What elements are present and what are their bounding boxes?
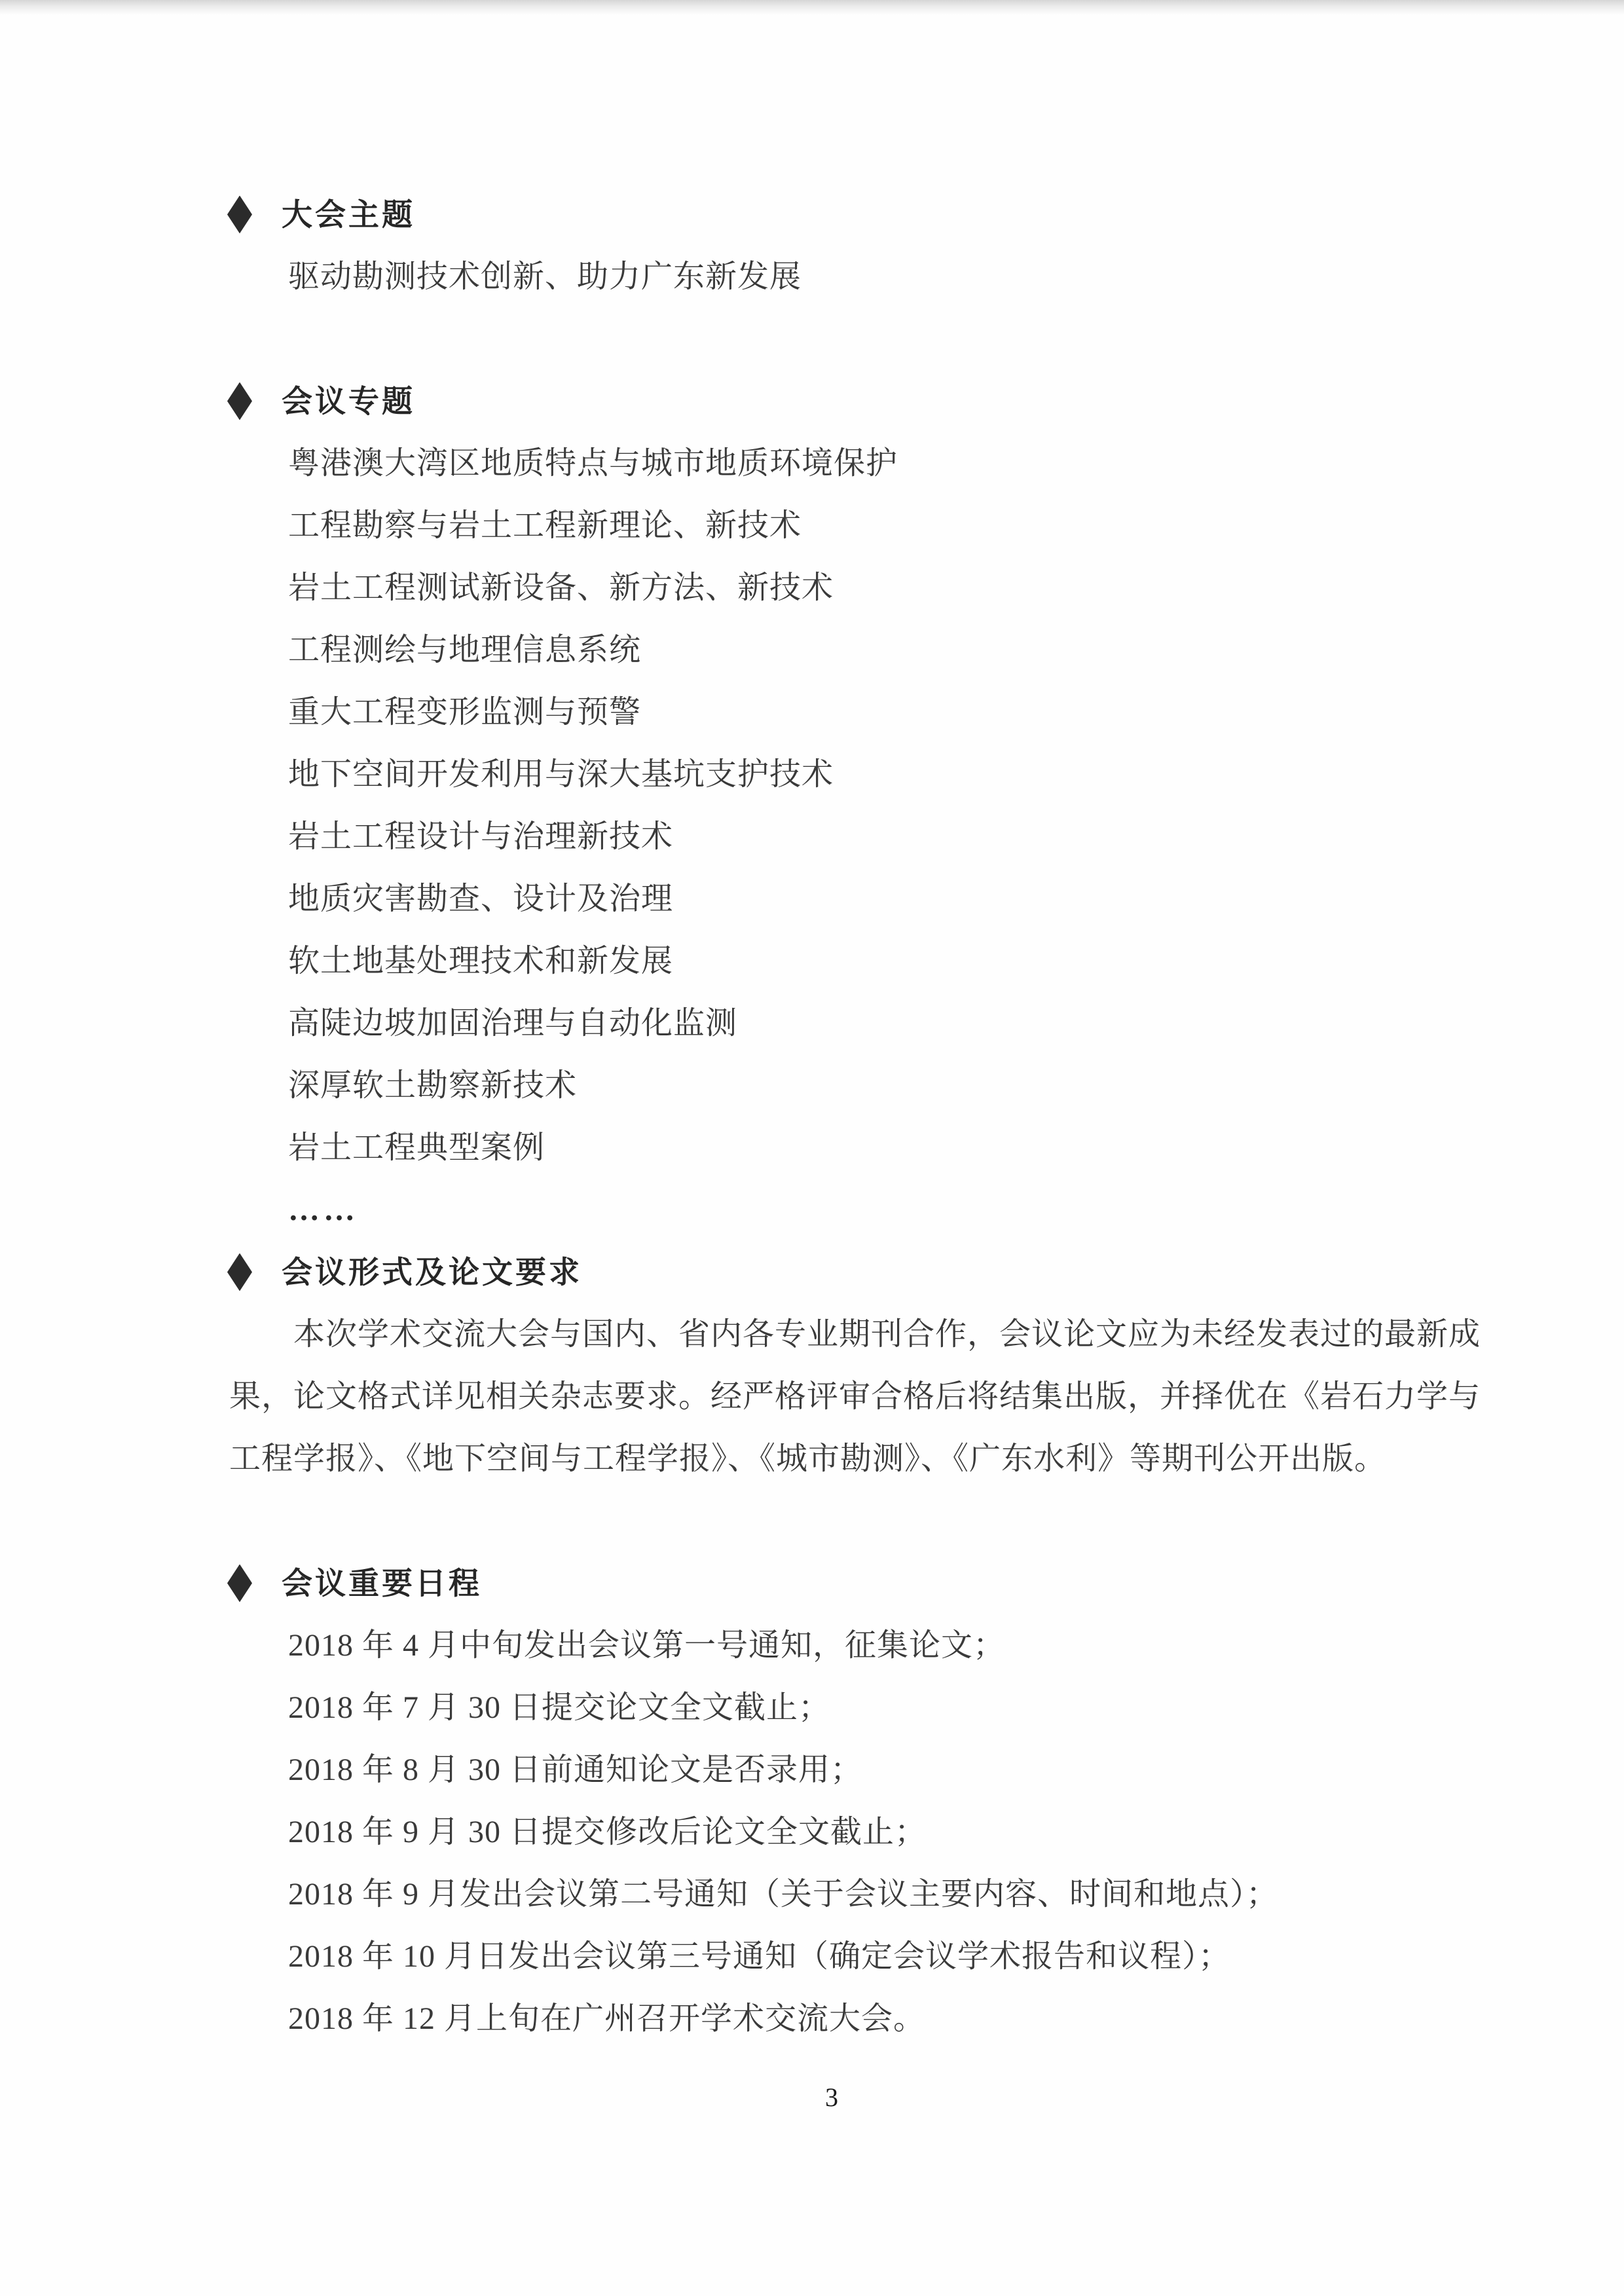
- section-heading-label: 会议重要日程: [282, 1552, 482, 1614]
- topic-item: 工程勘察与岩土工程新理论、新技术: [229, 494, 1447, 557]
- topic-item: 地下空间开发利用与深大基坑支护技术: [229, 743, 1447, 805]
- section-heading-label: 会议形式及论文要求: [282, 1241, 582, 1303]
- topic-item: 深厚软土勘察新技术: [229, 1054, 1447, 1117]
- topics-ellipsis: ……: [229, 1179, 1447, 1241]
- paragraph-line: 本次学术交流大会与国内、省内各专业期刊合作，会议论文应为未经发表过的最新成: [229, 1303, 1447, 1365]
- paragraph-line: 果，论文格式详见相关杂志要求。经严格评审合格后将结集出版，并择优在《岩石力学与: [229, 1365, 1447, 1428]
- spacer: [229, 1490, 1447, 1552]
- section-heading-label: 会议专题: [282, 370, 415, 432]
- section-heading-label: 大会主题: [282, 183, 415, 246]
- diamond-bullet-icon: [227, 1253, 252, 1291]
- topic-item: 重大工程变形监测与预警: [229, 681, 1447, 743]
- document-page: 大会主题 驱动勘测技术创新、助力广东新发展 会议专题 粤港澳大湾区地质特点与城市…: [0, 0, 1624, 2296]
- topic-item: 岩土工程测试新设备、新方法、新技术: [229, 557, 1447, 619]
- page-footer: 3: [0, 2066, 1624, 2128]
- topic-item: 工程测绘与地理信息系统: [229, 619, 1447, 681]
- section-heading-topics: 会议专题: [227, 370, 1447, 432]
- section-heading-theme: 大会主题: [227, 183, 1447, 246]
- paragraph-line: 工程学报》、《地下空间与工程学报》、《城市勘测》、《广东水利》等期刊公开出版。: [229, 1428, 1447, 1490]
- topic-item: 高陡边坡加固治理与自动化监测: [229, 992, 1447, 1054]
- theme-body-line: 驱动勘测技术创新、助力广东新发展: [229, 246, 1447, 308]
- diamond-bullet-icon: [227, 382, 252, 420]
- topic-item: 地质灾害勘查、设计及治理: [229, 868, 1447, 930]
- schedule-item: 2018 年 9 月发出会议第二号通知（关于会议主要内容、时间和地点）；: [229, 1863, 1447, 1925]
- schedule-item: 2018 年 9 月 30 日提交修改后论文全文截止；: [229, 1801, 1447, 1863]
- topic-item: 软土地基处理技术和新发展: [229, 930, 1447, 992]
- topic-item: 粤港澳大湾区地质特点与城市地质环境保护: [229, 432, 1447, 494]
- schedule-item: 2018 年 10 月日发出会议第三号通知（确定会议学术报告和议程）；: [229, 1925, 1447, 1988]
- page-number: 3: [825, 2066, 838, 2128]
- topic-item: 岩土工程设计与治理新技术: [229, 805, 1447, 868]
- schedule-item: 2018 年 4 月中旬发出会议第一号通知，征集论文；: [229, 1614, 1447, 1676]
- diamond-bullet-icon: [227, 1565, 252, 1602]
- section-heading-papers: 会议形式及论文要求: [227, 1241, 1447, 1303]
- document-content: 大会主题 驱动勘测技术创新、助力广东新发展 会议专题 粤港澳大湾区地质特点与城市…: [229, 183, 1447, 2050]
- spacer: [229, 308, 1447, 370]
- schedule-item: 2018 年 7 月 30 日提交论文全文截止；: [229, 1676, 1447, 1739]
- schedule-item: 2018 年 8 月 30 日前通知论文是否录用；: [229, 1739, 1447, 1801]
- topic-item: 岩土工程典型案例: [229, 1117, 1447, 1179]
- scan-artifact-band: [0, 0, 1624, 14]
- diamond-bullet-icon: [227, 196, 252, 234]
- schedule-item: 2018 年 12 月上旬在广州召开学术交流大会。: [229, 1988, 1447, 2050]
- section-heading-schedule: 会议重要日程: [227, 1552, 1447, 1614]
